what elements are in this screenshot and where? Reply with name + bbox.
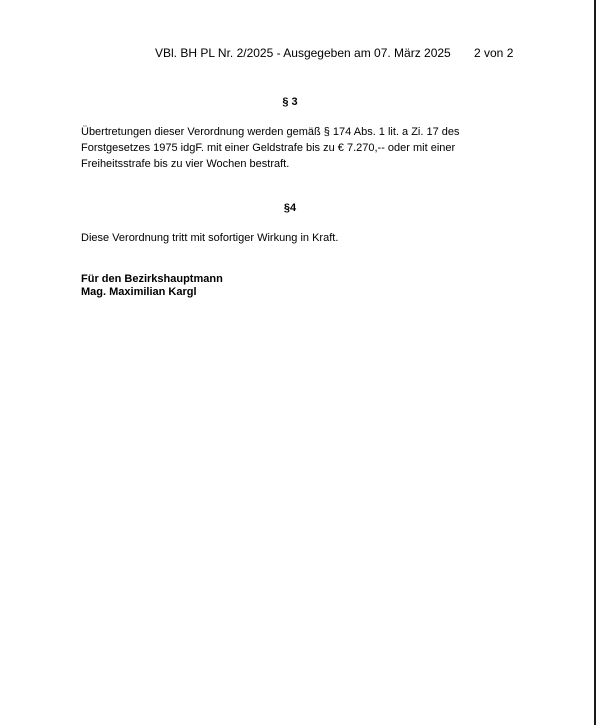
page-indicator: 2 von 2 <box>474 46 513 60</box>
signature-block: Für den Bezirkshauptmann Mag. Maximilian… <box>81 273 223 299</box>
section-3-heading: § 3 <box>0 96 580 108</box>
document-page: VBl. BH PL Nr. 2/2025 - Ausgegeben am 07… <box>0 0 596 725</box>
signature-line-name: Mag. Maximilian Kargl <box>81 286 223 299</box>
section-4-text: Diese Verordnung tritt mit sofortiger Wi… <box>81 230 521 246</box>
signature-line-authority: Für den Bezirkshauptmann <box>81 273 223 286</box>
gazette-title: VBl. BH PL Nr. 2/2025 - Ausgegeben am 07… <box>155 46 451 60</box>
section-4-heading: §4 <box>0 202 580 214</box>
section-3-text: Übertretungen dieser Verordnung werden g… <box>81 124 521 172</box>
